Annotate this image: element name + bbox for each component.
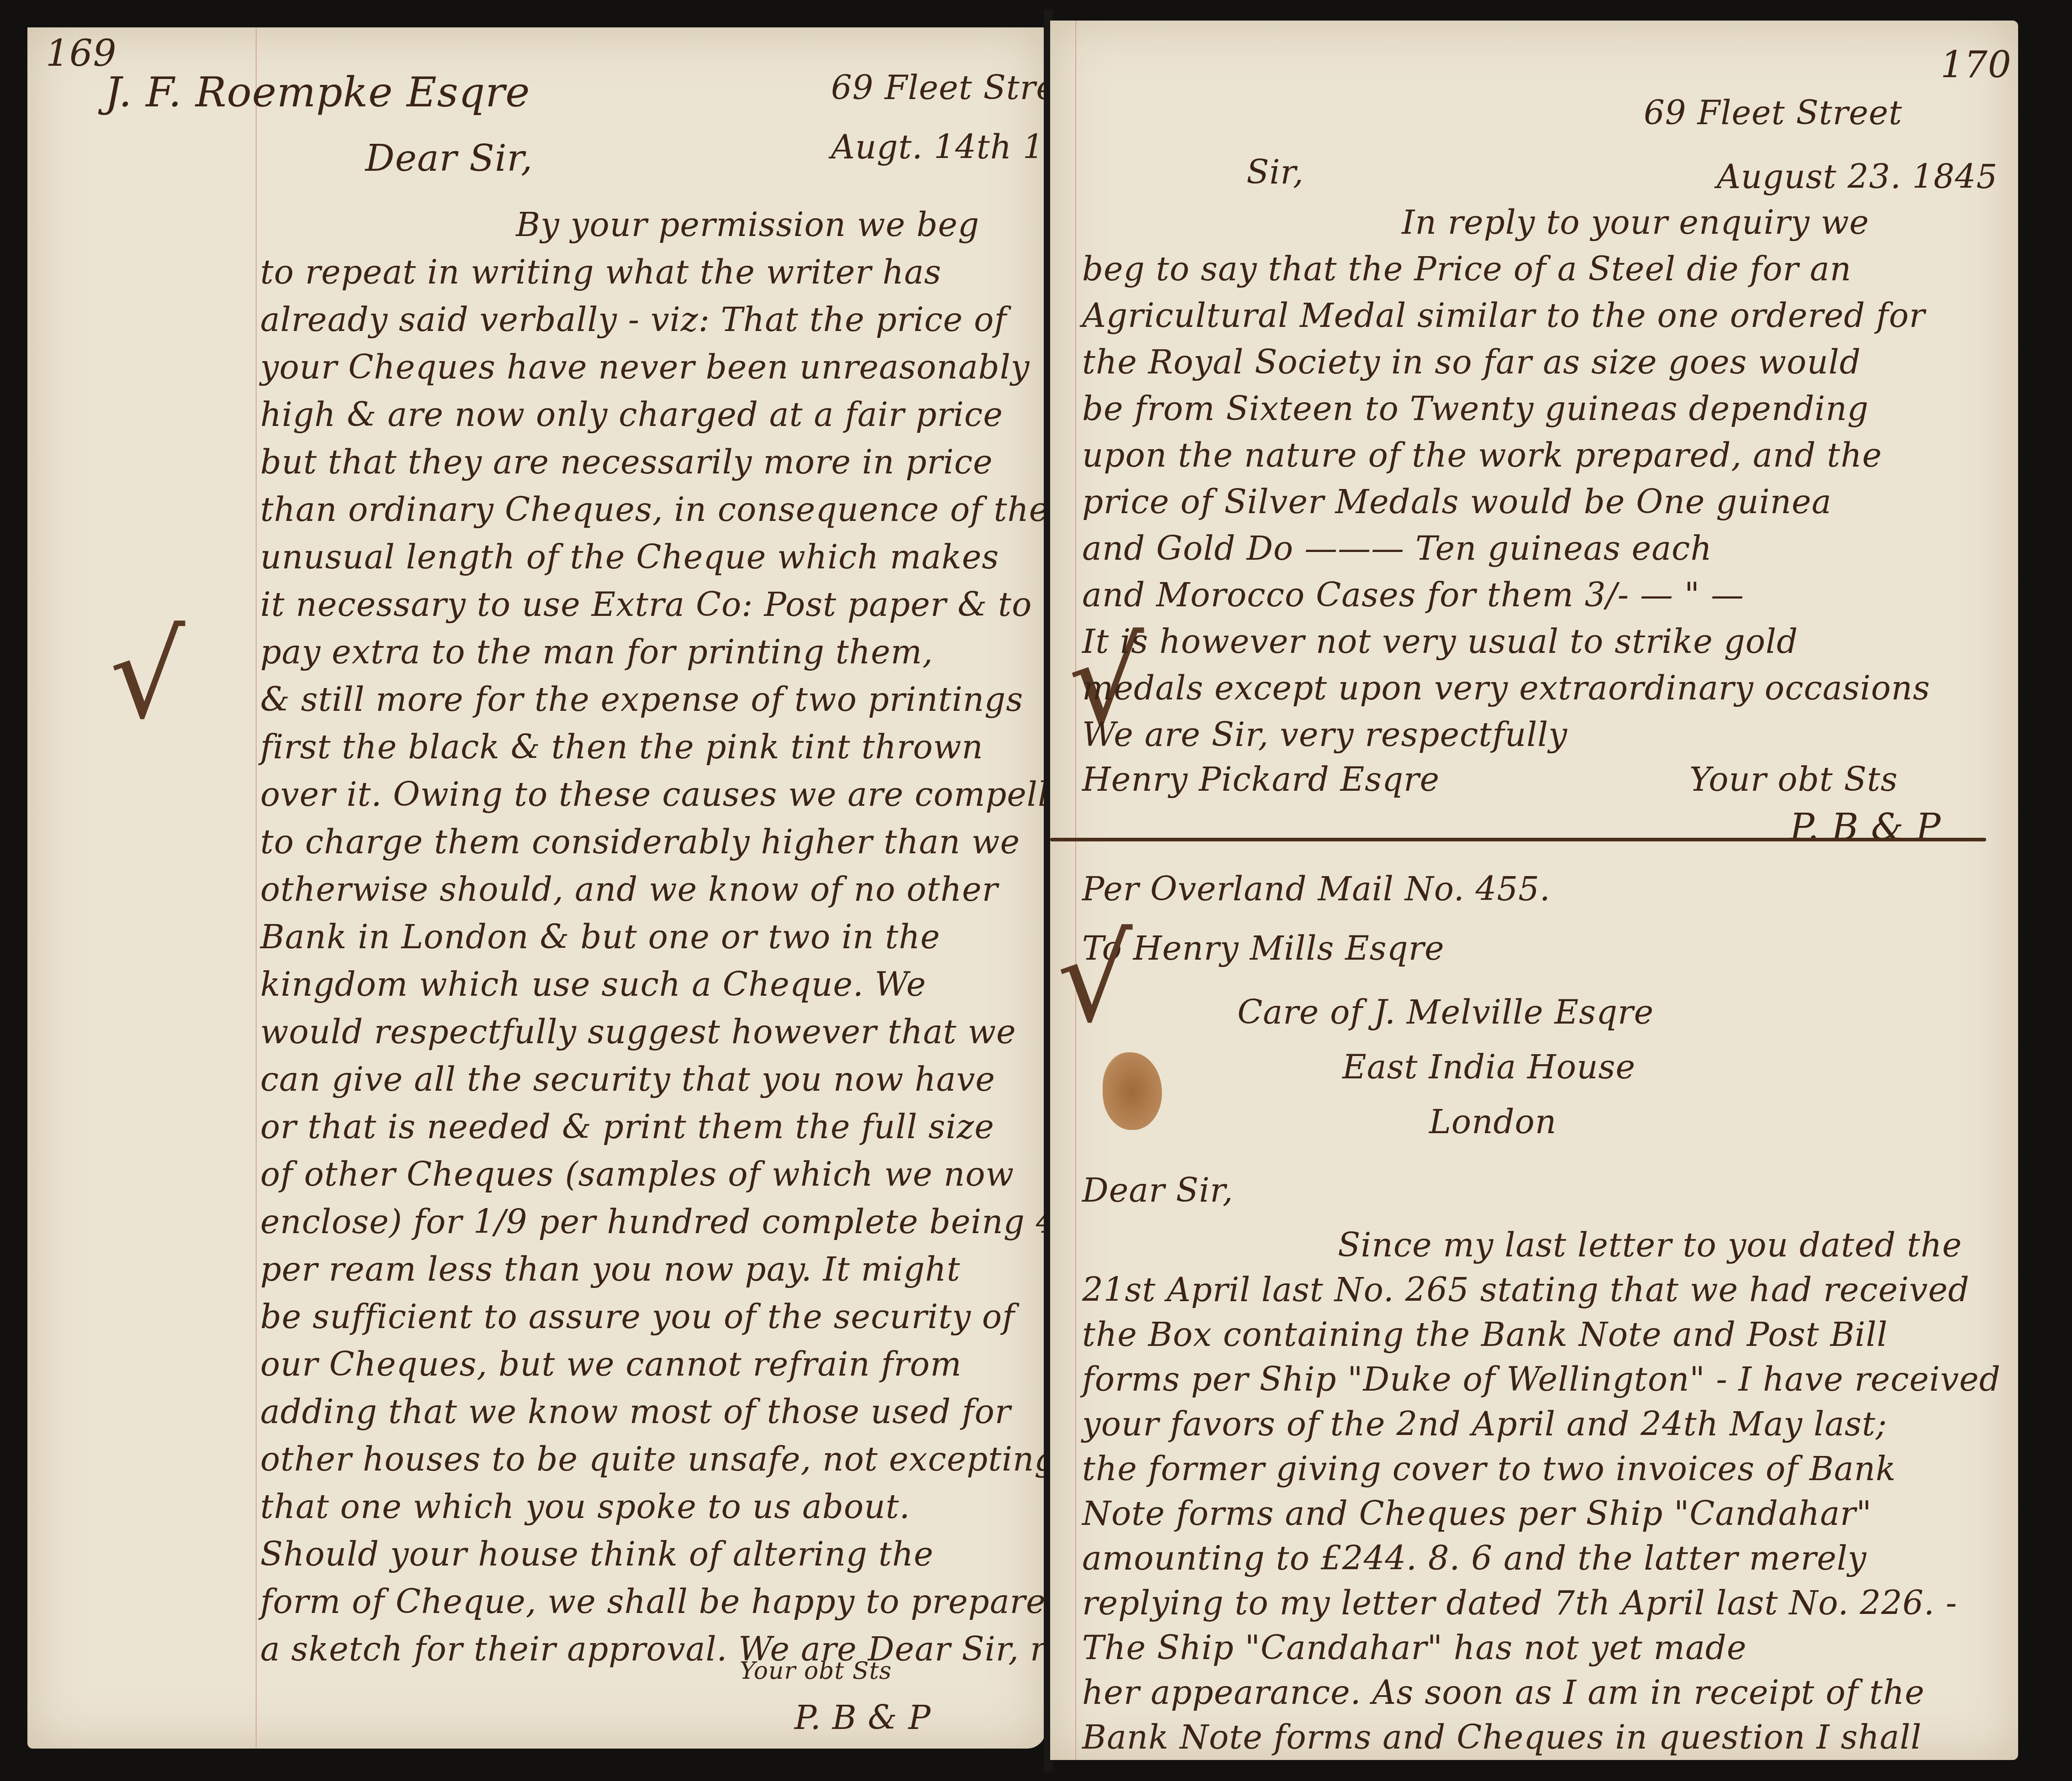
address: 69 Fleet Street	[1644, 94, 1902, 132]
body-line: than ordinary Cheques, in consequence of…	[260, 490, 1049, 529]
body-line: adding that we know most of those used f…	[260, 1392, 1011, 1431]
closing: Your obt Sts	[740, 1657, 892, 1685]
body-line: otherwise should, and we know of no othe…	[260, 870, 998, 909]
body-line: the Box containing the Bank Note and Pos…	[1082, 1315, 1888, 1354]
body-line: the Royal Society in so far as size goes…	[1082, 343, 1861, 381]
body-line: of other Cheques (samples of which we no…	[260, 1155, 1014, 1193]
body-line: be sufficient to assure you of the secur…	[260, 1298, 1015, 1336]
body-line: upon the nature of the work prepared, an…	[1082, 436, 1882, 474]
body-line: first the black & then the pink tint thr…	[260, 728, 983, 766]
body-line: Since my last letter to you dated the	[1338, 1226, 1962, 1264]
margin-rule	[1075, 21, 1076, 1760]
body-line: that one which you spoke to us about.	[260, 1487, 910, 1526]
body-line: and Morocco Cases for them 3/- — " —	[1082, 576, 1744, 614]
body-line: We are Sir, very respectfully	[1082, 715, 1567, 754]
body-line: it necessary to use Extra Co: Post paper…	[260, 585, 1032, 624]
body-line: high & are now only charged at a fair pr…	[260, 395, 1003, 434]
body-line: kingdom which use such a Cheque. We	[260, 965, 926, 1003]
signature: P. B & P	[1790, 806, 1941, 848]
body-line: but that they are necessarily more in pr…	[260, 443, 993, 481]
body-line: and Gold Do ——— Ten guineas each	[1082, 529, 1712, 567]
body-line: In reply to your enquiry we	[1402, 203, 1869, 242]
body-line: can give all the security that you now h…	[260, 1060, 995, 1098]
margin-rule	[256, 27, 257, 1749]
closing: Your obt Sts	[1689, 760, 1898, 799]
check-mark-icon: √	[1057, 911, 1133, 1049]
body-line: Bank Note forms and Cheques in question …	[1082, 1718, 1922, 1756]
place: East India House	[1342, 1048, 1636, 1086]
left-page: 169 J. F. Roempke Esqre 69 Fleet Street …	[27, 27, 1046, 1749]
body-line: Bank in London & but one or two in the	[260, 918, 940, 956]
body-line: be from Sixteen to Twenty guineas depend…	[1082, 389, 1869, 428]
body-line: per ream less than you now pay. It might	[260, 1250, 960, 1288]
body-line: would respectfully suggest however that …	[260, 1013, 1016, 1051]
salutation: Sir,	[1246, 153, 1304, 191]
body-line: Agricultural Medal similar to the one or…	[1082, 296, 1925, 335]
body-line: Should your house think of altering the	[260, 1535, 934, 1573]
body-line: pay extra to the man for printing them,	[260, 633, 933, 671]
body-line: our Cheques, but we cannot refrain from	[260, 1345, 962, 1383]
body-line: medals except upon very extraordinary oc…	[1082, 669, 1930, 707]
city: London	[1429, 1103, 1557, 1141]
ink-stain	[1103, 1052, 1162, 1130]
mail-header: Per Overland Mail No. 455.	[1082, 870, 1551, 908]
page-number: 170	[1941, 43, 2012, 86]
body-line: or that is needed & print them the full …	[260, 1108, 994, 1146]
body-line: the former giving cover to two invoices …	[1082, 1450, 1896, 1488]
divider-rule	[1050, 838, 1986, 841]
addressee: To Henry Mills Esqre	[1082, 929, 1445, 967]
body-line: her appearance. As soon as I am in recei…	[1082, 1673, 1925, 1712]
body-line: Note forms and Cheques per Ship "Candaha…	[1082, 1494, 1872, 1533]
date: August 23. 1845	[1717, 158, 1998, 196]
body-line: amounting to £244. 8. 6 and the latter m…	[1082, 1539, 1867, 1577]
body-line: The Ship "Candahar" has not yet made	[1082, 1629, 1747, 1667]
body-line: to charge them considerably higher than …	[260, 823, 1020, 861]
body-line: 21st April last No. 265 stating that we …	[1082, 1271, 1970, 1309]
body-line: unusual length of the Cheque which makes	[260, 538, 999, 576]
body-line: beg to say that the Price of a Steel die…	[1082, 250, 1851, 288]
addressee: J. F. Roempke Esqre	[105, 68, 530, 116]
salutation: Dear Sir,	[1082, 1171, 1233, 1209]
salutation: Dear Sir,	[365, 137, 533, 179]
body-line: forms per Ship "Duke of Wellington" - I …	[1082, 1360, 2001, 1398]
body-line: enclose) for 1/9 per hundred complete be…	[260, 1203, 1080, 1241]
care-of: Care of J. Melville Esqre	[1237, 993, 1654, 1031]
body-line: over it. Owing to these causes we are co…	[260, 775, 1090, 814]
body-line: form of Cheque, we shall be happy to pre…	[260, 1582, 1046, 1621]
body-line: other houses to be quite unsafe, not exc…	[260, 1440, 1056, 1478]
right-page: 170 69 Fleet Street August 23. 1845 Sir,…	[1050, 21, 2018, 1760]
body-line: your Cheques have never been unreasonabl…	[260, 348, 1030, 386]
body-line: & still more for the expense of two prin…	[260, 680, 1023, 719]
addressee: Henry Pickard Esqre	[1082, 760, 1440, 799]
signature: P. B & P	[794, 1698, 931, 1737]
body-line: replying to my letter dated 7th April la…	[1082, 1584, 1957, 1622]
body-line: It is however not very usual to strike g…	[1082, 622, 1798, 661]
check-mark-icon: √	[110, 607, 185, 745]
body-line: already said verbally - viz: That the pr…	[260, 300, 1007, 339]
body-line: to repeat in writing what the writer has	[260, 253, 941, 291]
body-line: a sketch for their approval. We are Dear…	[260, 1630, 1124, 1668]
body-line: By your permission we beg	[516, 205, 979, 244]
body-line: your favors of the 2nd April and 24th Ma…	[1082, 1405, 1887, 1443]
body-line: price of Silver Medals would be One guin…	[1082, 483, 1832, 521]
